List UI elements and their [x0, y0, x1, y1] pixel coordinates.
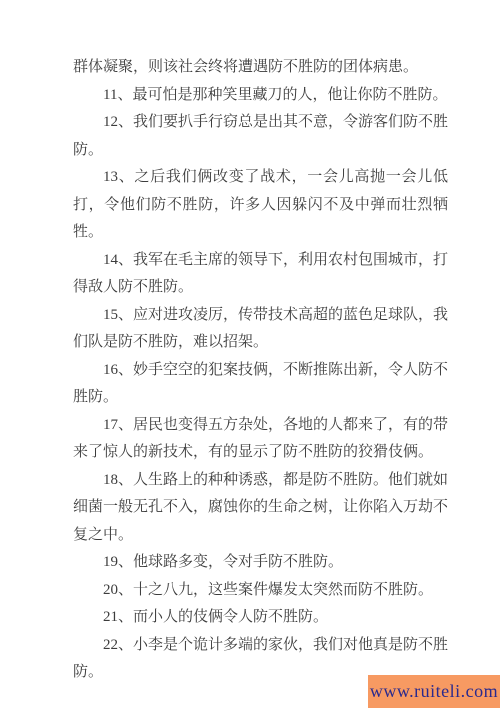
sentence-paragraph: 群体凝聚，则该社会终将遭遇防不胜防的团体病患。	[73, 54, 448, 82]
watermark-banner: www.ruiteli.com	[368, 675, 500, 708]
sentence-paragraph: 21、而小人的伎俩令人防不胜防。	[73, 604, 448, 632]
sentence-paragraph: 14、我军在毛主席的领导下，利用农村包围城市，打得敌人防不胜防。	[73, 247, 448, 302]
sentence-paragraph: 18、人生路上的种种诱惑，都是防不胜防。他们就如细菌一般无孔不入，腐蚀你的生命之…	[73, 467, 448, 550]
sentence-paragraph: 20、十之八九，这些案件爆发太突然而防不胜防。	[73, 577, 448, 605]
sentence-paragraph: 12、我们要扒手行窃总是出其不意，令游客们防不胜防。	[73, 109, 448, 164]
sentence-paragraph: 17、居民也变得五方杂处，各地的人都来了，有的带来了惊人的新技术，有的显示了防不…	[73, 412, 448, 467]
document-page: 群体凝聚，则该社会终将遭遇防不胜防的团体病患。11、最可怕是那种笑里藏刀的人，他…	[0, 0, 500, 708]
sentence-paragraph: 13、之后我们俩改变了战术，一会儿高抛一会儿低打，令他们防不胜防，许多人因躲闪不…	[73, 164, 448, 247]
sentence-paragraph: 15、应对进攻凌厉，传带技术高超的蓝色足球队，我们队是防不胜防，难以招架。	[73, 302, 448, 357]
watermark-url: www.ruiteli.com	[370, 681, 498, 702]
sentence-paragraph: 16、妙手空空的犯案技俩，不断推陈出新，令人防不胜防。	[73, 357, 448, 412]
sentence-paragraph: 19、他球路多变，令对手防不胜防。	[73, 549, 448, 577]
sentence-paragraph: 11、最可怕是那种笑里藏刀的人，他让你防不胜防。	[73, 82, 448, 110]
sentence-list: 群体凝聚，则该社会终将遭遇防不胜防的团体病患。11、最可怕是那种笑里藏刀的人，他…	[73, 54, 448, 687]
